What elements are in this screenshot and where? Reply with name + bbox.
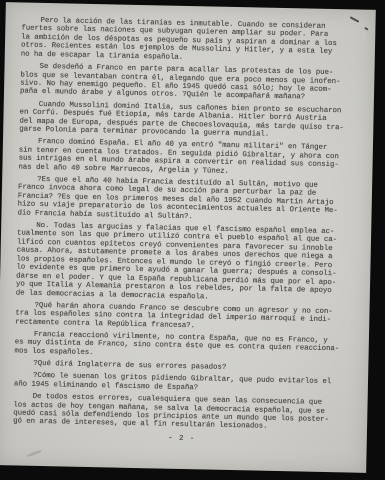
paragraph: ?Es que el año 40 había Francia destituí… [17, 175, 359, 224]
paragraph: ?Qué harán ahora cuando Franco se descub… [15, 301, 356, 333]
scanned-page: Pero la acción de las tiranías es inmuta… [0, 0, 385, 480]
paper-sheet: Pero la acción de las tiranías es inmuta… [0, 2, 376, 473]
smudge-mark [26, 449, 42, 457]
paragraph: Se desdeñó a Franco en parte para acalla… [20, 63, 362, 104]
page-number: - 2 - [0, 431, 367, 447]
document-body: Pero la acción de las tiranías es inmuta… [0, 2, 376, 434]
paragraph: Francia reaccionó virilmente, no contra … [14, 330, 355, 362]
paragraph: Franco dominó España. El año 40 ya entró… [18, 138, 360, 179]
paragraph: ?Cómo le suenan los gritos pidiendo Gibr… [14, 372, 355, 396]
paragraph: De todos estos errores, cualesquiera que… [13, 393, 355, 434]
paragraph: No. Todas las argucias y falacias que el… [16, 221, 359, 304]
paragraph: Pero la acción de las tiranías es inmuta… [21, 17, 363, 66]
paragraph: Cuando Mussolini dominó Italia, sus caño… [19, 100, 361, 141]
